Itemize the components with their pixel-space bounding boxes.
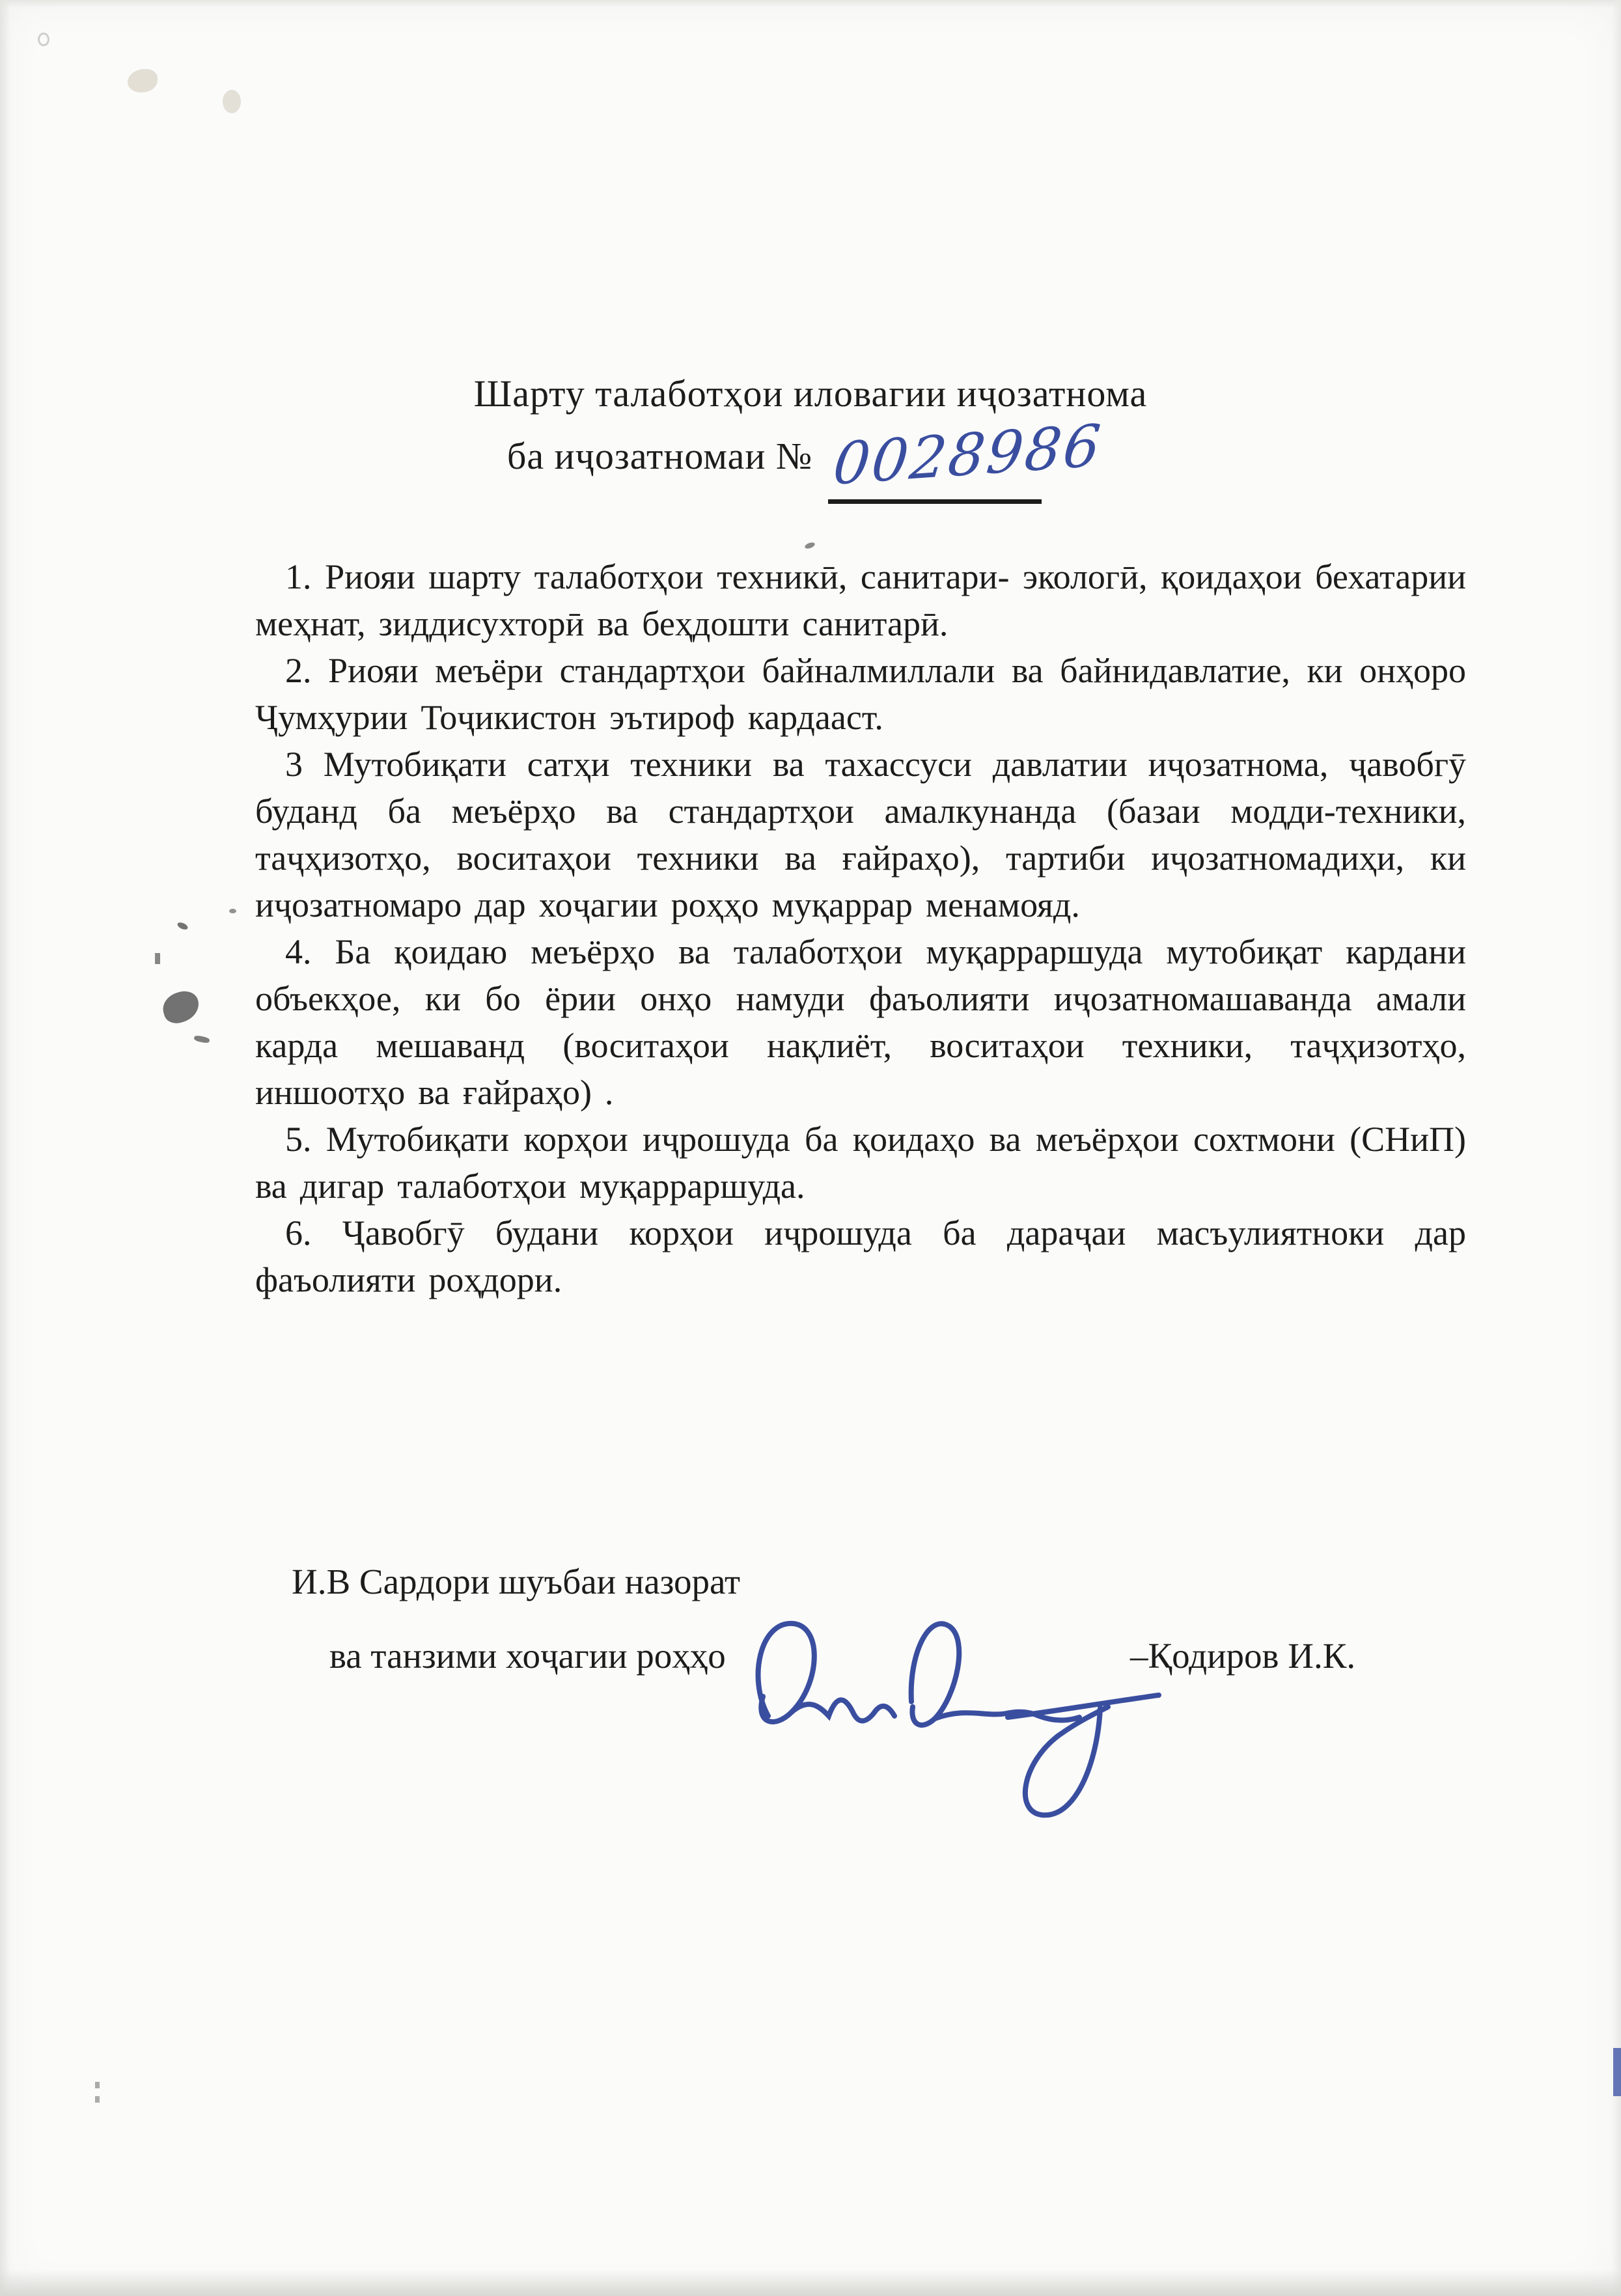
document-body: 1. Риояи шарту талаботҳои техникӣ, санит… <box>255 553 1466 1303</box>
document-title-line1: Шарту талаботҳои иловагии иҷозатнома <box>0 372 1621 415</box>
scan-edge-top <box>0 0 1621 8</box>
paragraph-2: 2. Риояи меъёри стандартҳои байналмиллал… <box>255 647 1466 741</box>
margin-ink-speck-artifact <box>176 921 189 931</box>
scan-edge-bottom <box>0 2270 1621 2296</box>
document-title-line2: ба иҷозатномаи № 0028986 <box>0 435 1621 504</box>
corner-speck-artifact <box>38 33 49 46</box>
signature-title-line2: ва танзими хоҷагии роҳҳо <box>329 1635 726 1676</box>
paragraph-3: 3 Мутобиқати сатҳи техники ва тахассуси … <box>255 741 1466 928</box>
scan-edge-right <box>1612 0 1621 2296</box>
license-number-handwritten: 0028986 <box>831 416 1105 494</box>
paper-smudge-artifact <box>128 69 158 92</box>
signature-ink <box>728 1568 1184 1847</box>
scan-edge-left <box>0 0 10 2296</box>
paper-smudge-artifact <box>223 90 241 113</box>
paragraph-4: 4. Ба қоидаю меъёрҳо ва талаботҳои муқар… <box>255 928 1466 1116</box>
license-number-field: 0028986 <box>827 435 1114 504</box>
margin-ink-speck-artifact <box>155 953 160 964</box>
margin-ink-speck-artifact <box>193 1035 210 1044</box>
signature-title-line1: И.В Сардори шуъбаи назорат <box>292 1561 740 1602</box>
paragraph-6: 6. Ҷавобгӯ будани корҳои иҷрошуда ба дар… <box>255 1210 1466 1303</box>
left-edge-marks-artifact <box>95 2082 100 2088</box>
margin-ink-blot-artifact <box>159 988 202 1027</box>
paragraph-5: 5. Мутобиқати корҳои иҷрошуда ба қоидаҳо… <box>255 1116 1466 1210</box>
signature-ink-strokes <box>758 1624 1159 1815</box>
below-title-mark-artifact <box>804 542 816 550</box>
right-edge-ink-artifact <box>1613 2048 1621 2096</box>
margin-ink-speck-artifact <box>229 909 236 913</box>
scanned-document-page: Шарту талаботҳои иловагии иҷозатнома ба … <box>0 0 1621 2296</box>
paragraph-1: 1. Риояи шарту талаботҳои техникӣ, санит… <box>255 553 1466 647</box>
document-title-line2-prefix: ба иҷозатномаи № <box>507 435 812 478</box>
license-number-underline <box>828 499 1042 504</box>
